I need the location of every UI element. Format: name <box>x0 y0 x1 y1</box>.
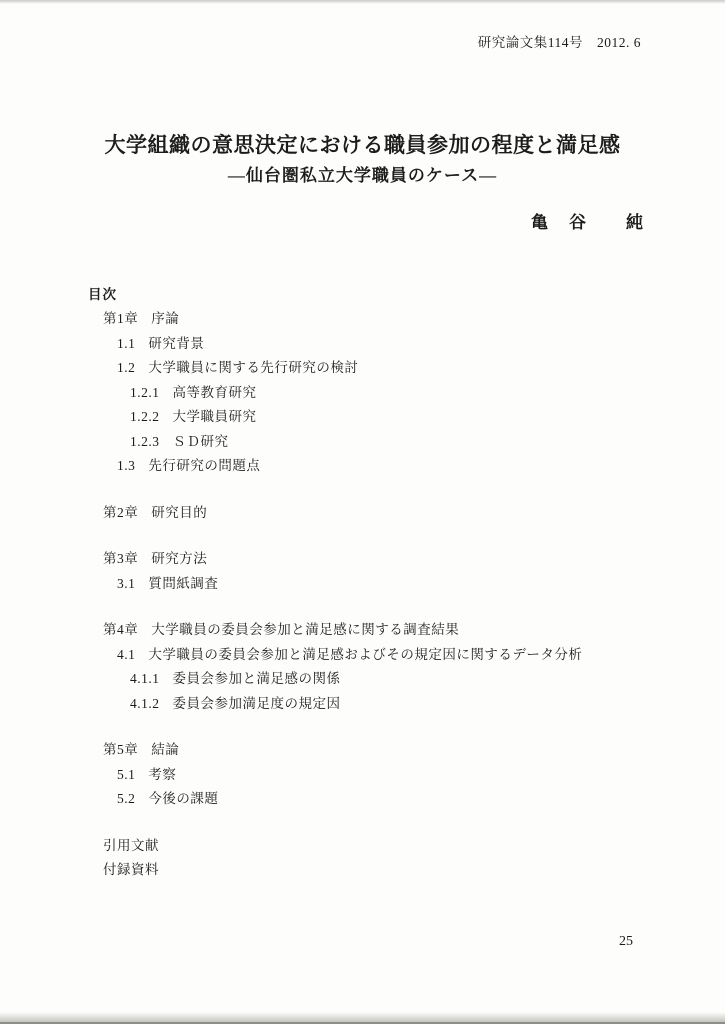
toc-entry-number: 1.1 <box>117 336 135 351</box>
page-number: 25 <box>619 934 633 950</box>
toc-entry-label: 質問紙調査 <box>148 576 218 591</box>
toc-entry: 第5章結論 <box>88 738 670 763</box>
toc-entry-number: 4.1.1 <box>130 671 160 686</box>
toc-entry-number: 1.2.1 <box>130 385 160 400</box>
toc-entry-label: 研究目的 <box>151 505 207 520</box>
toc-entry: 第3章研究方法 <box>88 547 670 572</box>
toc-entry-number: 第3章 <box>103 551 138 566</box>
toc-entry: 引用文献 <box>88 834 670 859</box>
toc-entry-label: 今後の課題 <box>148 791 218 806</box>
toc-list: 第1章序論 1.1研究背景 1.2大学職員に関する先行研究の検討 1.2.1高等… <box>88 307 670 883</box>
toc-entry-label: 結論 <box>151 742 179 757</box>
toc-entry-label: 委員会参加満足度の規定因 <box>173 696 341 711</box>
toc-entry-label: 大学職員に関する先行研究の検討 <box>148 360 358 375</box>
toc-entry-number: 1.2.2 <box>130 409 160 424</box>
toc-entry-number: 1.2 <box>117 360 135 375</box>
table-of-contents: 目次 第1章序論 1.1研究背景 1.2大学職員に関する先行研究の検討 1.2.… <box>88 283 670 883</box>
scan-edge-bottom <box>0 1012 725 1024</box>
toc-entry-label: 大学職員の委員会参加と満足感に関する調査結果 <box>151 622 459 637</box>
toc-entry: 1.1研究背景 <box>88 332 670 357</box>
toc-heading: 目次 <box>88 283 670 307</box>
toc-entry: 3.1質問紙調査 <box>88 572 670 597</box>
toc-entry-number: 5.1 <box>117 767 135 782</box>
scan-edge-top <box>0 0 725 4</box>
toc-entry: 第2章研究目的 <box>88 501 670 526</box>
toc-entry-number: 3.1 <box>117 576 135 591</box>
toc-entry-number: 1.2.3 <box>130 434 160 449</box>
toc-entry: 第1章序論 <box>88 307 670 332</box>
toc-entry: 1.2.2大学職員研究 <box>88 405 670 430</box>
toc-entry-label: 序論 <box>151 311 179 326</box>
toc-entry-number: 4.1 <box>117 647 135 662</box>
toc-entry-label: 考察 <box>148 767 176 782</box>
toc-entry: 4.1.2委員会参加満足度の規定因 <box>88 692 670 717</box>
toc-entry-label: 引用文献 <box>103 838 159 853</box>
toc-entry: 1.2.1高等教育研究 <box>88 381 670 406</box>
toc-entry-label: 研究背景 <box>148 336 204 351</box>
toc-entry: 1.3先行研究の問題点 <box>88 454 670 479</box>
toc-entry: 1.2.3ＳＤ研究 <box>88 430 670 455</box>
toc-entry: 1.2大学職員に関する先行研究の検討 <box>88 356 670 381</box>
author-name: 亀 谷 純 <box>531 208 645 233</box>
toc-entry-label: 付録資料 <box>103 862 159 877</box>
toc-entry-label: 大学職員研究 <box>173 409 257 424</box>
toc-entry-label: 委員会参加と満足感の関係 <box>173 671 341 686</box>
toc-entry-label: ＳＤ研究 <box>173 434 229 449</box>
toc-entry: 第4章大学職員の委員会参加と満足感に関する調査結果 <box>88 618 670 643</box>
toc-entry: 4.1大学職員の委員会参加と満足感およびその規定因に関するデータ分析 <box>88 643 670 668</box>
toc-entry: 5.1考察 <box>88 763 670 788</box>
toc-entry: 付録資料 <box>88 858 670 883</box>
toc-entry-label: 高等教育研究 <box>173 385 257 400</box>
toc-entry-label: 研究方法 <box>151 551 207 566</box>
document-page: 研究論文集114号 2012. 6 大学組織の意思決定における職員参加の程度と満… <box>0 0 725 1024</box>
toc-entry-number: 第1章 <box>103 311 138 326</box>
toc-entry-label: 先行研究の問題点 <box>148 458 260 473</box>
paper-subtitle: ―仙台圏私立大学職員のケース― <box>0 161 725 186</box>
toc-entry-number: 第4章 <box>103 622 138 637</box>
toc-entry-number: 5.2 <box>117 791 135 806</box>
toc-entry-number: 第5章 <box>103 742 138 757</box>
toc-entry: 5.2今後の課題 <box>88 787 670 812</box>
journal-issue-header: 研究論文集114号 2012. 6 <box>478 31 641 51</box>
toc-entry-label: 大学職員の委員会参加と満足感およびその規定因に関するデータ分析 <box>148 647 582 662</box>
paper-title: 大学組織の意思決定における職員参加の程度と満足感 <box>0 129 725 159</box>
toc-entry-number: 4.1.2 <box>130 696 160 711</box>
toc-entry-number: 1.3 <box>117 458 135 473</box>
toc-entry: 4.1.1委員会参加と満足感の関係 <box>88 667 670 692</box>
toc-entry-number: 第2章 <box>103 505 138 520</box>
